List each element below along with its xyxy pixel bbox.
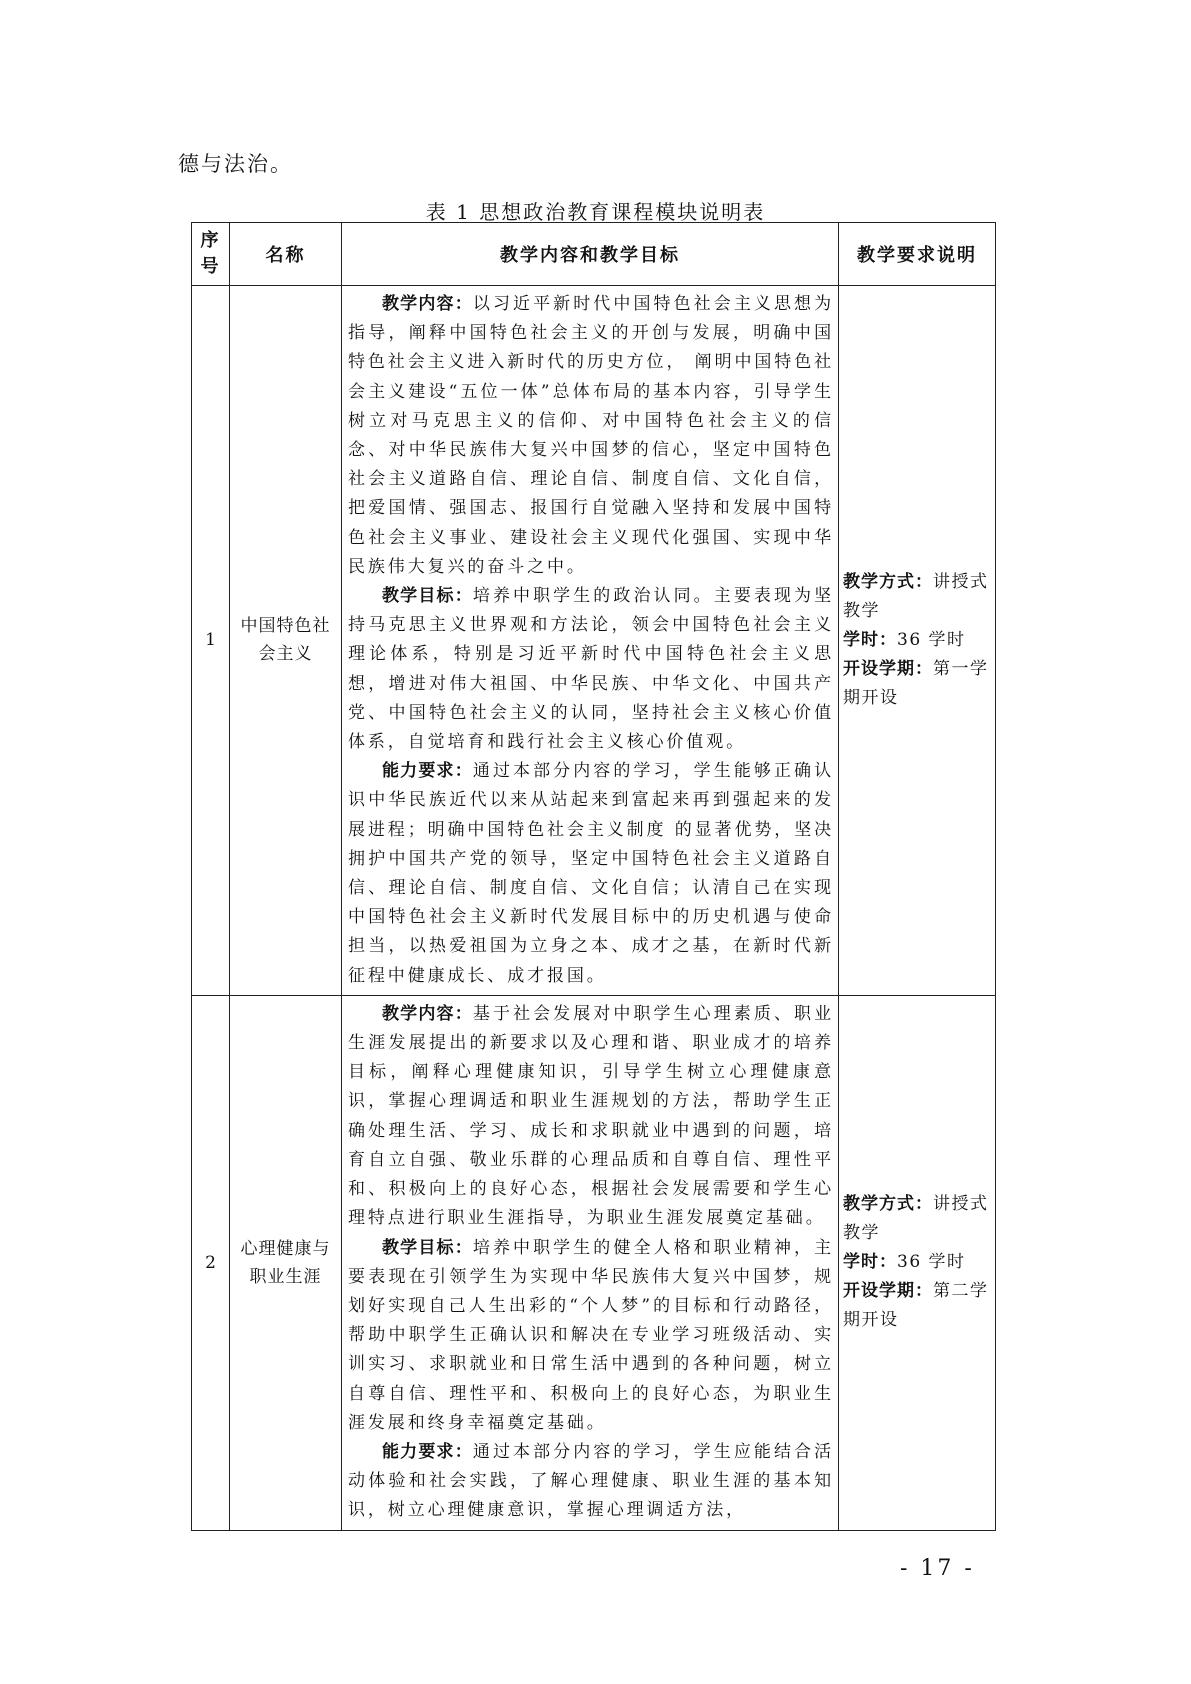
goal-label: 教学目标： xyxy=(382,586,473,606)
header-name: 名称 xyxy=(230,223,342,286)
goal-label: 教学目标： xyxy=(382,1238,473,1258)
module-content: 教学内容：以习近平新时代中国特色社会主义思想为指导，阐释中国特色社会主义的开创与… xyxy=(342,286,839,996)
table-row: 2 心理健康与职业生涯 教学内容：基于社会发展对中职学生心理素质、职业生涯发展提… xyxy=(192,995,996,1530)
row-number: 1 xyxy=(192,286,230,996)
term-label: 开设学期： xyxy=(843,1281,933,1301)
hours-label: 学时： xyxy=(843,630,897,650)
page-number: - 17 - xyxy=(900,1556,975,1581)
content-text: 以习近平新时代中国特色社会主义思想为指导，阐释中国特色社会主义的开创与发展，明确… xyxy=(348,294,834,577)
ability-label: 能力要求： xyxy=(382,1442,473,1462)
hours-value: 36 学时 xyxy=(897,1252,966,1272)
course-module-table: 序号 名称 教学内容和教学目标 教学要求说明 1 中国特色社会主义 教学内容：以… xyxy=(191,222,996,1531)
header-requirements: 教学要求说明 xyxy=(839,223,996,286)
module-name: 中国特色社会主义 xyxy=(230,286,342,996)
method-label: 教学方式： xyxy=(843,572,933,592)
hours-line: 学时：36 学时 xyxy=(843,626,991,655)
goal-paragraph: 教学目标：培养中职学生的健全人格和职业精神，主要表现在引领学生为实现中华民族伟大… xyxy=(348,1234,834,1438)
content-paragraph: 教学内容：以习近平新时代中国特色社会主义思想为指导，阐释中国特色社会主义的开创与… xyxy=(348,290,834,582)
method-line: 教学方式：讲授式教学 xyxy=(843,568,991,626)
module-content: 教学内容：基于社会发展对中职学生心理素质、职业生涯发展提出的新要求以及心理和谐、… xyxy=(342,995,839,1530)
table-header-row: 序号 名称 教学内容和教学目标 教学要求说明 xyxy=(192,223,996,286)
term-line: 开设学期：第二学期开设 xyxy=(843,1277,991,1335)
hours-value: 36 学时 xyxy=(897,630,966,650)
term-label: 开设学期： xyxy=(843,659,933,679)
hours-line: 学时：36 学时 xyxy=(843,1248,991,1277)
table-caption: 表 1 思想政治教育课程模块说明表 xyxy=(0,196,1191,225)
table-row: 1 中国特色社会主义 教学内容：以习近平新时代中国特色社会主义思想为指导，阐释中… xyxy=(192,286,996,996)
goal-text: 培养中职学生的政治认同。主要表现为坚持马克思主义世界观和方法论，领会中国特色社会… xyxy=(348,586,834,752)
ability-paragraph: 能力要求：通过本部分内容的学习，学生应能结合活动体验和社会实践，了解心理健康、职… xyxy=(348,1438,834,1526)
ability-paragraph: 能力要求：通过本部分内容的学习，学生能够正确认识中华民族近代以来从站起来到富起来… xyxy=(348,757,834,991)
content-label: 教学内容： xyxy=(382,294,473,314)
module-requirements: 教学方式：讲授式教学 学时：36 学时 开设学期：第一学期开设 xyxy=(839,286,996,996)
module-name: 心理健康与职业生涯 xyxy=(230,995,342,1530)
goal-text: 培养中职学生的健全人格和职业精神，主要表现在引领学生为实现中华民族伟大复兴中国梦… xyxy=(348,1238,834,1433)
ability-label: 能力要求： xyxy=(382,761,473,781)
goal-paragraph: 教学目标：培养中职学生的政治认同。主要表现为坚持马克思主义世界观和方法论，领会中… xyxy=(348,582,834,757)
row-number: 2 xyxy=(192,995,230,1530)
header-content: 教学内容和教学目标 xyxy=(342,223,839,286)
method-label: 教学方式： xyxy=(843,1194,933,1214)
content-text: 基于社会发展对中职学生心理素质、职业生涯发展提出的新要求以及心理和谐、职业成才的… xyxy=(348,1004,834,1228)
content-paragraph: 教学内容：基于社会发展对中职学生心理素质、职业生涯发展提出的新要求以及心理和谐、… xyxy=(348,1000,834,1234)
content-label: 教学内容： xyxy=(382,1004,473,1024)
ability-text: 通过本部分内容的学习，学生能够正确认识中华民族近代以来从站起来到富起来再到强起来… xyxy=(348,761,834,985)
term-line: 开设学期：第一学期开设 xyxy=(843,655,991,713)
lead-text: 德与法治。 xyxy=(178,148,293,178)
header-no: 序号 xyxy=(192,223,230,286)
module-requirements: 教学方式：讲授式教学 学时：36 学时 开设学期：第二学期开设 xyxy=(839,995,996,1530)
method-line: 教学方式：讲授式教学 xyxy=(843,1190,991,1248)
hours-label: 学时： xyxy=(843,1252,897,1272)
